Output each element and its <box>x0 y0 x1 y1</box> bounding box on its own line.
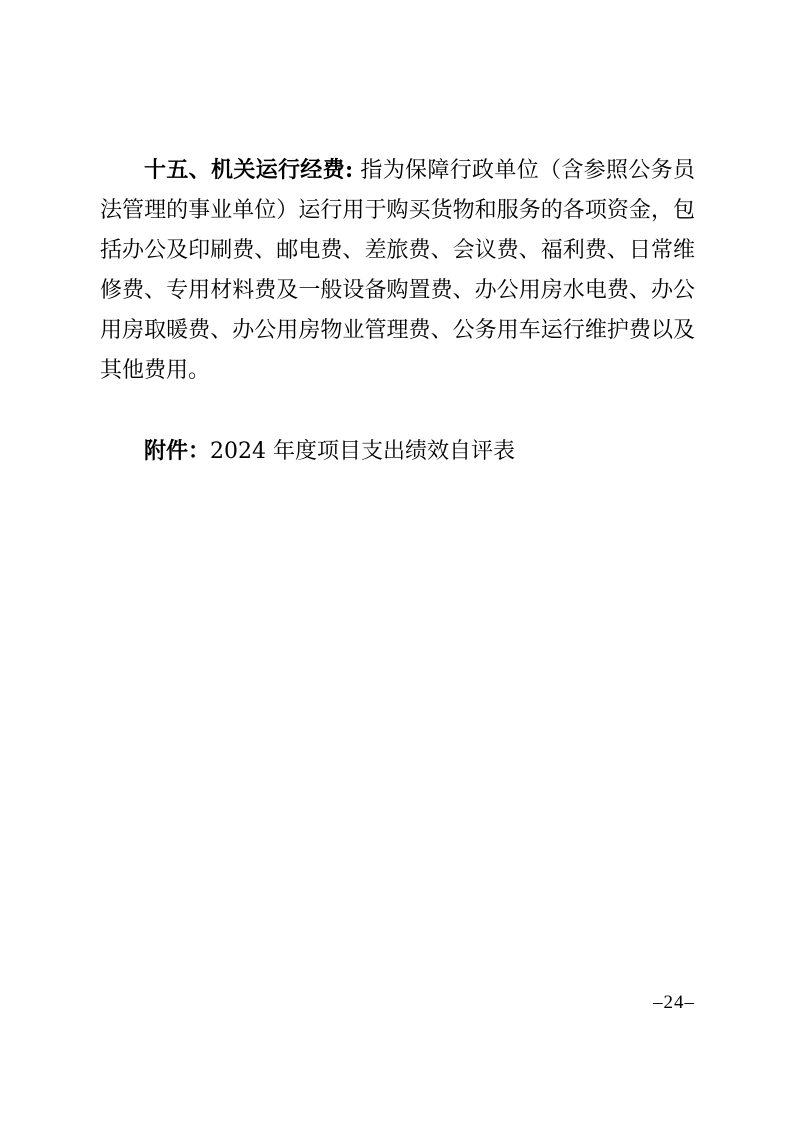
attachment-text: 2024 年度项目支出绩效自评表 <box>210 439 515 464</box>
attachment-label: 附件： <box>144 438 210 464</box>
paragraph-lead: 十五、机关运行经费: <box>144 157 353 183</box>
document-content: 十五、机关运行经费: 指为保障行政单位（含参照公务员法管理的事业单位）运行用于购… <box>100 150 695 472</box>
paragraph-body: 指为保障行政单位（含参照公务员法管理的事业单位）运行用于购买货物和服务的各项资金… <box>100 158 695 383</box>
attachment-line: 附件：2024 年度项目支出绩效自评表 <box>100 431 695 472</box>
body-paragraph: 十五、机关运行经费: 指为保障行政单位（含参照公务员法管理的事业单位）运行用于购… <box>100 150 695 391</box>
document-page: 十五、机关运行经费: 指为保障行政单位（含参照公务员法管理的事业单位）运行用于购… <box>0 0 793 1122</box>
page-number: –24– <box>653 992 695 1014</box>
